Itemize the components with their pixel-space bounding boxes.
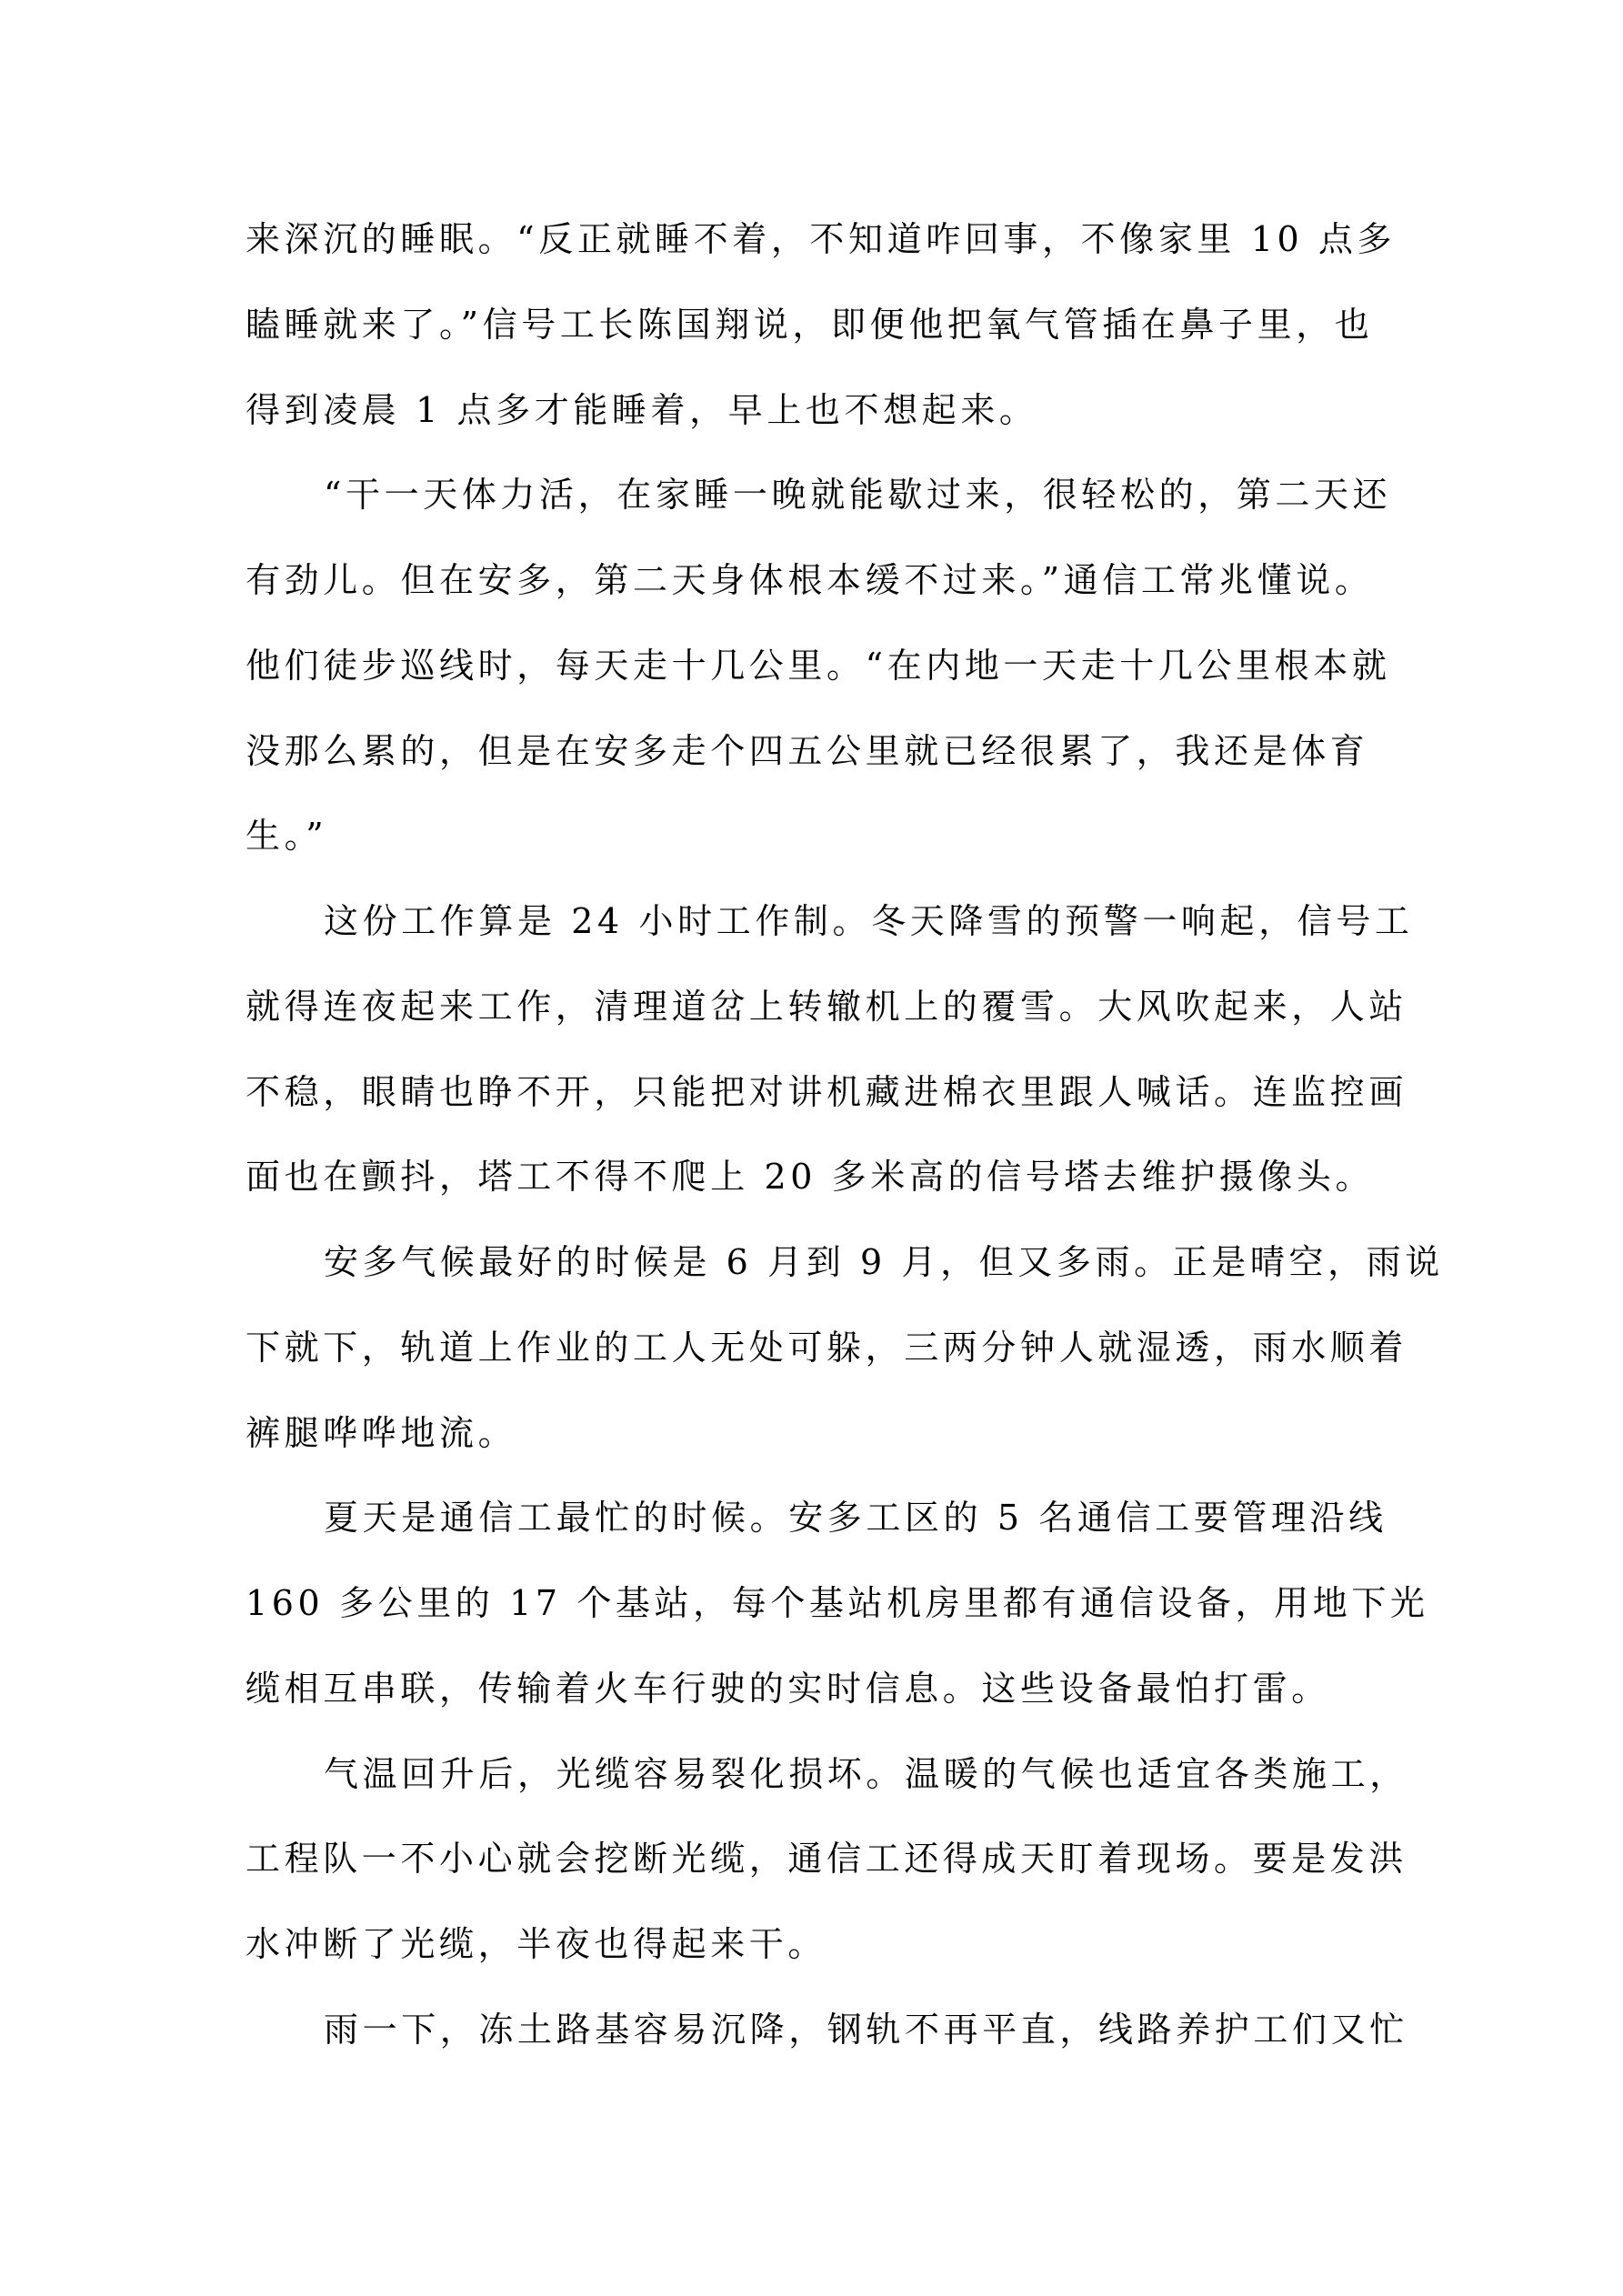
paragraph: 雨一下，冻土路基容易沉降，钢轨不再平直，线路养护工们又忙 bbox=[245, 1995, 1382, 2080]
text-line: 他们徒步巡线时，每天走十几公里。“在内地一天走十几公里根本就 bbox=[245, 631, 1382, 717]
text-line: 工程队一不小心就会挖断光缆，通信工还得成天盯着现场。要是发洪 bbox=[245, 1824, 1382, 1910]
text-line: 得到凌晨 1 点多才能睡着，早上也不想起来。 bbox=[245, 376, 1382, 461]
article-body: 来深沉的睡眠。“反正就睡不着，不知道咋回事，不像家里 10 点多 瞌睡就来了。”… bbox=[245, 205, 1382, 2080]
paragraph: 来深沉的睡眠。“反正就睡不着，不知道咋回事，不像家里 10 点多 瞌睡就来了。”… bbox=[245, 205, 1382, 460]
text-line: 有劲儿。但在安多，第二天身体根本缓不过来。”通信工常兆懂说。 bbox=[245, 546, 1382, 631]
paragraph: 气温回升后，光缆容易裂化损坏。温暖的气候也适宜各类施工， 工程队一不小心就会挖断… bbox=[245, 1740, 1382, 1995]
text-line: 下就下，轨道上作业的工人无处可躲，三两分钟人就湿透，雨水顺着 bbox=[245, 1313, 1382, 1399]
text-line: 缆相互串联，传输着火车行驶的实时信息。这些设备最怕打雷。 bbox=[245, 1654, 1382, 1740]
document-page: 来深沉的睡眠。“反正就睡不着，不知道咋回事，不像家里 10 点多 瞌睡就来了。”… bbox=[0, 0, 1623, 2296]
text-line: 来深沉的睡眠。“反正就睡不着，不知道咋回事，不像家里 10 点多 bbox=[245, 205, 1382, 290]
paragraph: 安多气候最好的时候是 6 月到 9 月，但又多雨。正是晴空，雨说 下就下，轨道上… bbox=[245, 1228, 1382, 1483]
text-line: 不稳，眼睛也睁不开，只能把对讲机藏进棉衣里跟人喊话。连监控画 bbox=[245, 1058, 1382, 1143]
text-line: 夏天是通信工最忙的时候。安多工区的 5 名通信工要管理沿线 bbox=[245, 1483, 1382, 1569]
text-line: 这份工作算是 24 小时工作制。冬天降雪的预警一响起，信号工 bbox=[245, 887, 1382, 972]
text-line: 就得连夜起来工作，清理道岔上转辙机上的覆雪。大风吹起来，人站 bbox=[245, 972, 1382, 1058]
text-line: 面也在颤抖，塔工不得不爬上 20 多米高的信号塔去维护摄像头。 bbox=[245, 1142, 1382, 1228]
paragraph: 夏天是通信工最忙的时候。安多工区的 5 名通信工要管理沿线 160 多公里的 1… bbox=[245, 1483, 1382, 1739]
text-line: 瞌睡就来了。”信号工长陈国翔说，即便他把氧气管插在鼻子里，也 bbox=[245, 290, 1382, 376]
text-line: 没那么累的，但是在安多走个四五公里就已经很累了，我还是体育 bbox=[245, 717, 1382, 802]
paragraph: 这份工作算是 24 小时工作制。冬天降雪的预警一响起，信号工 就得连夜起来工作，… bbox=[245, 887, 1382, 1228]
text-line: “干一天体力活，在家睡一晚就能歇过来，很轻松的，第二天还 bbox=[245, 460, 1382, 546]
text-line: 气温回升后，光缆容易裂化损坏。温暖的气候也适宜各类施工， bbox=[245, 1740, 1382, 1825]
text-line: 雨一下，冻土路基容易沉降，钢轨不再平直，线路养护工们又忙 bbox=[245, 1995, 1382, 2080]
text-line: 160 多公里的 17 个基站，每个基站机房里都有通信设备，用地下光 bbox=[245, 1569, 1382, 1654]
text-line: 裤腿哗哗地流。 bbox=[245, 1399, 1382, 1484]
text-line: 水冲断了光缆，半夜也得起来干。 bbox=[245, 1910, 1382, 1995]
paragraph: “干一天体力活，在家睡一晚就能歇过来，很轻松的，第二天还 有劲儿。但在安多，第二… bbox=[245, 460, 1382, 887]
text-line: 安多气候最好的时候是 6 月到 9 月，但又多雨。正是晴空，雨说 bbox=[245, 1228, 1382, 1313]
text-line: 生。” bbox=[245, 801, 1382, 887]
